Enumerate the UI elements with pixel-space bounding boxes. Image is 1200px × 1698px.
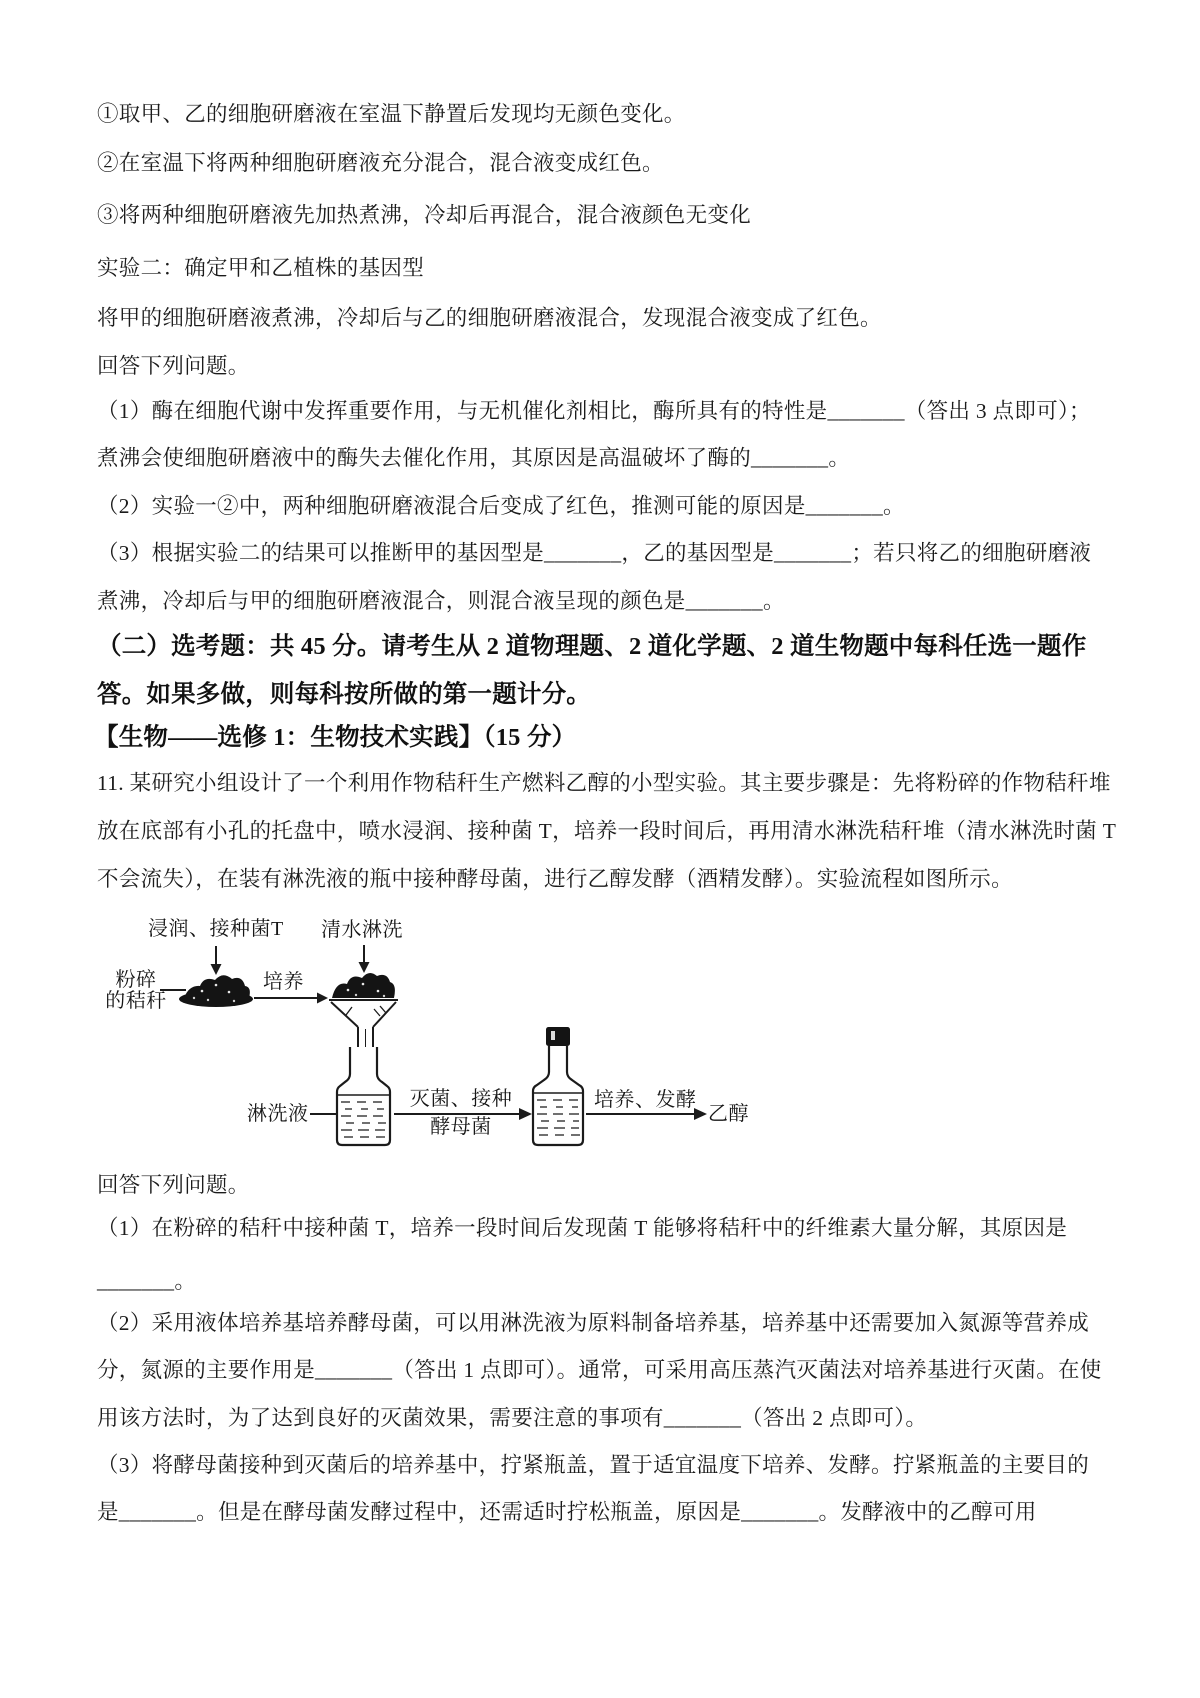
q10-question3-line1: （3）根据实验二的结果可以推断甲的基因型是_______，乙的基因型是_____… [97,538,1091,568]
culture-arrow-icon [254,993,328,1004]
exp2-title-text: 实验二：确定甲和乙植株的基因型 [97,253,424,283]
q10-question1-line1: （1）酶在细胞代谢中发挥重要作用，与无机催化剂相比，酶所具有的特性是______… [97,396,1091,426]
sterilize-inoculate-label-line1: 灭菌、接种 [396,1088,526,1110]
q10-question2: （2）实验一②中，两种细胞研磨液混合后变成了红色，推测可能的原因是_______… [97,491,905,521]
q10-prompt-text: 回答下列问题。 [97,351,250,381]
culture-ferment-label: 培养、发酵 [594,1089,697,1111]
fermentation-bottle-icon [533,1027,583,1145]
q11-question2-line2: 分，氮源的主要作用是_______（答出 1 点即可）。通常，可采用高压蒸汽灭菌… [97,1355,1102,1385]
q11-question1-line2: _______。 [97,1266,196,1296]
soak-inoculate-label: 浸润、接种菌T [148,918,284,940]
exam-paper-page: ①取甲、乙的细胞研磨液在室温下静置后发现均无颜色变化。 ②在室温下将两种细胞研磨… [0,0,1200,1698]
water-rinse-label: 清水淋洗 [321,919,403,941]
culture-label: 培养 [263,971,304,993]
down-arrow-rinse-icon [359,945,370,973]
q11-question2-line3: 用该方法时，为了达到良好的灭菌效果，需要注意的事项有_______（答出 2 点… [97,1403,927,1433]
q11-question3-line1: （3）将酵母菌接种到灭菌后的培养基中，拧紧瓶盖，置于适宜温度下培养、发酵。拧紧瓶… [97,1450,1089,1480]
biology-elective-subheading: 【生物——选修 1：生物技术实践】（15 分） [94,721,576,755]
exp1-step1-text: ①取甲、乙的细胞研磨液在室温下静置后发现均无颜色变化。 [97,99,686,129]
exp2-desc-text: 将甲的细胞研磨液煮沸，冷却后与乙的细胞研磨液混合，发现混合液变成了红色。 [97,303,882,333]
crushed-straw-label-line1: 粉碎 [104,969,168,991]
q11-question1-line1: （1）在粉碎的秸秆中接种菌 T，培养一段时间后发现菌 T 能够将秸秆中的纤维素大… [97,1213,1067,1243]
ethanol-label: 乙醇 [708,1103,749,1125]
q11-intro-line1: 11. 某研究小组设计了一个利用作物秸秆生产燃料乙醇的小型实验。其主要步骤是：先… [97,768,1111,798]
q11-intro-line2: 放在底部有小孔的托盘中，喷水浸润、接种菌 T，培养一段时间后，再用清水淋洗秸秆堆… [97,816,1116,846]
exp1-step2-text: ②在室温下将两种细胞研磨液充分混合，混合液变成红色。 [97,148,664,178]
section2-heading-line1: （二）选考题：共 45 分。请考生从 2 道物理题、2 道化学题、2 道生物题中… [97,630,1086,664]
crushed-straw-label-line2: 的秸秆 [104,990,168,1012]
q11-intro-line3: 不会流失），在装有淋洗液的瓶中接种酵母菌，进行乙醇发酵（酒精发酵）。实验流程如图… [97,864,1013,894]
exp1-step3-text: ③将两种细胞研磨液先加热煮沸，冷却后再混合，混合液颜色无变化 [97,200,751,230]
rinse-bottle-icon [337,1047,390,1145]
section2-heading-line2: 答。如果多做，则每科按所做的第一题计分。 [97,678,591,712]
rinse-liquid-label: 淋洗液 [247,1103,309,1125]
q11-question3-line2: 是_______。但是在酵母菌发酵过程中，还需适时拧松瓶盖，原因是_______… [97,1497,1037,1527]
straw-pile-icon [179,975,253,1007]
funnel-straw-icon [332,973,395,998]
sterilize-inoculate-label-line2: 酵母菌 [396,1116,526,1138]
q11-question2-line1: （2）采用液体培养基培养酵母菌，可以用淋洗液为原料制备培养基，培养基中还需要加入… [97,1308,1089,1338]
down-arrow-soak-icon [211,946,222,975]
q11-prompt-text: 回答下列问题。 [97,1170,250,1200]
experiment-flow-diagram: 浸润、接种菌T 清水淋洗 粉碎 的秸秆 培养 淋洗液 灭菌、接种 酵母菌 培养、… [96,905,836,1167]
q10-question1-line2: 煮沸会使细胞研磨液中的酶失去催化作用，其原因是高温破坏了酶的_______。 [97,443,850,473]
q10-question3-line2: 煮沸，冷却后与甲的细胞研磨液混合，则混合液呈现的颜色是_______。 [97,586,785,616]
